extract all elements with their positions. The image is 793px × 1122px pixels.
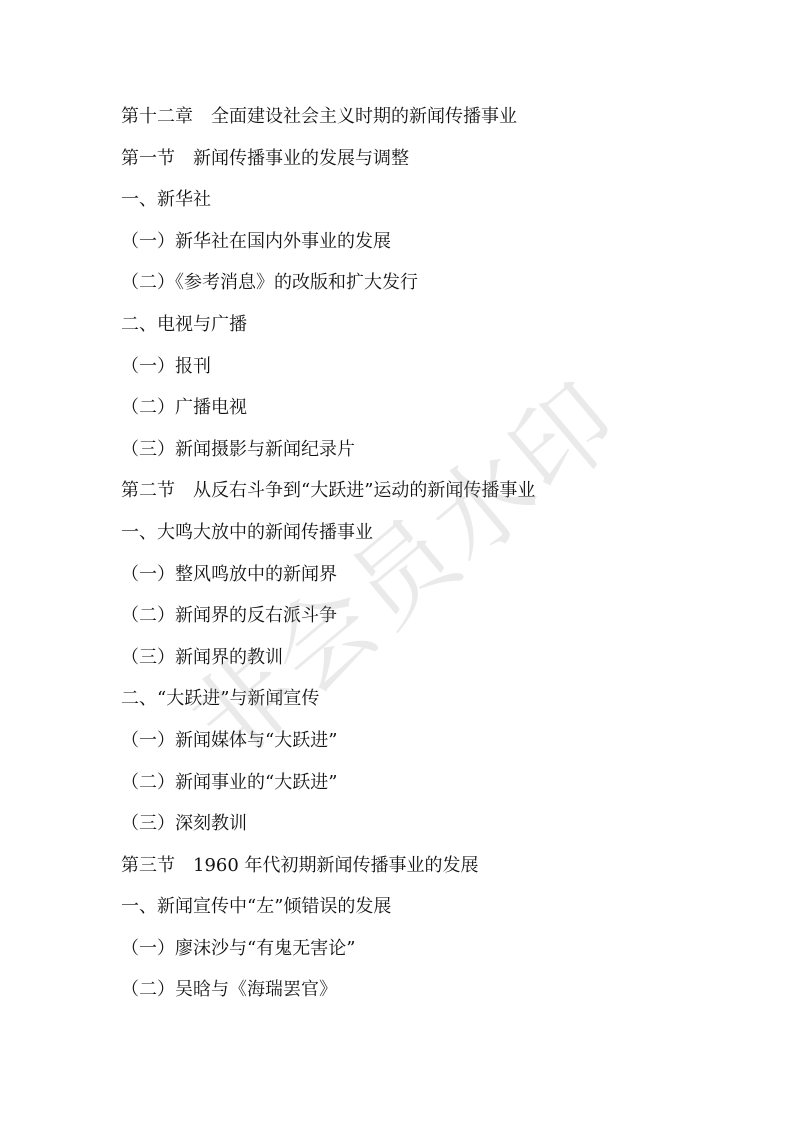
- list-item: （一）整风鸣放中的新闻界: [121, 554, 535, 596]
- list-item: （一）新华社在国内外事业的发展: [121, 221, 535, 263]
- list-item: （三）深刻教训: [121, 803, 535, 845]
- subsection-heading: 二、“大跃进”与新闻宣传: [121, 678, 535, 720]
- list-item: （三）新闻摄影与新闻纪录片: [121, 429, 535, 471]
- subsection-heading: 二、电视与广播: [121, 304, 535, 346]
- list-item: （二）《参考消息》的改版和扩大发行: [121, 262, 535, 304]
- list-item: （一）新闻媒体与“大跃进”: [121, 720, 535, 762]
- subsection-heading: 一、新华社: [121, 179, 535, 221]
- list-item: （二）吴晗与《海瑞罢官》: [121, 969, 535, 1011]
- chapter-title: 第十二章 全面建设社会主义时期的新闻传播事业: [121, 96, 535, 138]
- document-page: 第十二章 全面建设社会主义时期的新闻传播事业 第一节 新闻传播事业的发展与调整 …: [0, 0, 793, 1122]
- list-item: （二）新闻界的反右派斗争: [121, 595, 535, 637]
- section-heading: 第二节 从反右斗争到“大跃进”运动的新闻传播事业: [121, 470, 535, 512]
- list-item: （二）新闻事业的“大跃进”: [121, 762, 535, 804]
- subsection-heading: 一、新闻宣传中“左”倾错误的发展: [121, 886, 535, 928]
- list-item: （一）廖沫沙与“有鬼无害论”: [121, 928, 535, 970]
- subsection-heading: 一、大鸣大放中的新闻传播事业: [121, 512, 535, 554]
- section-heading: 第一节 新闻传播事业的发展与调整: [121, 138, 535, 180]
- list-item: （三）新闻界的教训: [121, 637, 535, 679]
- section-heading: 第三节 1960 年代初期新闻传播事业的发展: [121, 845, 535, 887]
- list-item: （一）报刊: [121, 346, 535, 388]
- list-item: （二）广播电视: [121, 387, 535, 429]
- table-of-contents: 第十二章 全面建设社会主义时期的新闻传播事业 第一节 新闻传播事业的发展与调整 …: [121, 96, 535, 1011]
